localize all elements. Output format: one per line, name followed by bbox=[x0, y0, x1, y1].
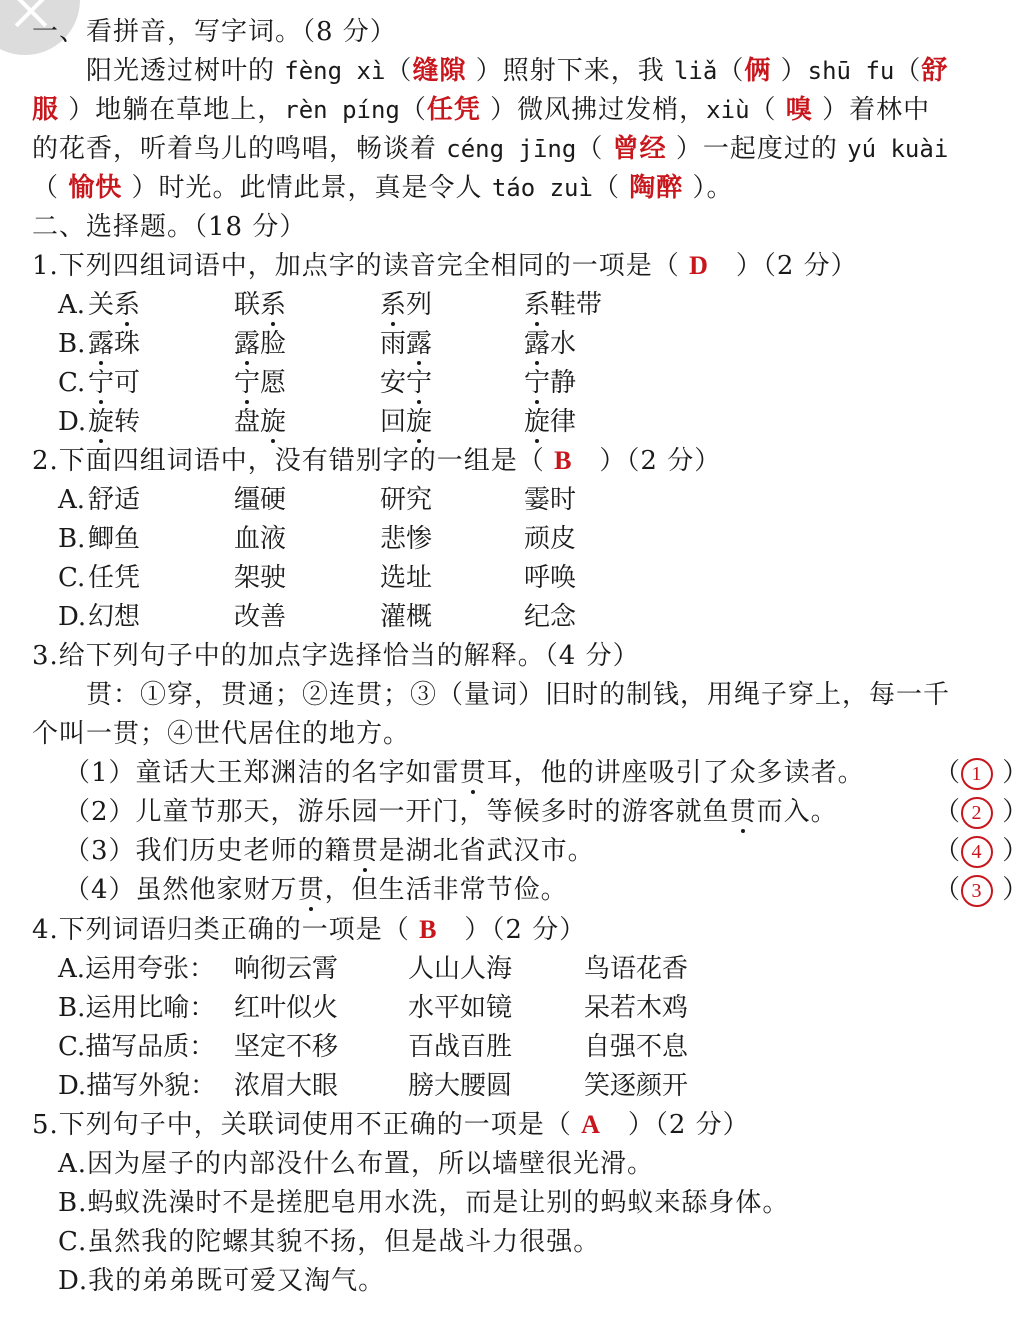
option-label: C. bbox=[58, 367, 85, 399]
text-segment: ） bbox=[771, 56, 807, 86]
option-label: D.描写外貌： bbox=[58, 1070, 216, 1102]
option-word: 露脸 bbox=[234, 328, 286, 360]
circled-answer: 2 bbox=[961, 797, 993, 829]
char: 可 bbox=[114, 368, 140, 398]
option-word: 呼唤 bbox=[524, 562, 576, 594]
q5-stem: 5.下列句子中，关联词使用不正确的一项是（ A ）（2 分） bbox=[32, 1109, 750, 1141]
option-word: 缰硬 bbox=[234, 484, 286, 516]
answer-word: 曾经 bbox=[613, 134, 667, 164]
item-number: （3） bbox=[64, 836, 136, 866]
option-word: 任凭 bbox=[88, 562, 140, 594]
pinyin: rèn píng bbox=[284, 96, 400, 124]
option-word: 呆若木鸡 bbox=[584, 992, 688, 1024]
char: 鞋 bbox=[550, 290, 576, 320]
dotted-char: 露 bbox=[88, 329, 114, 359]
circled-answer: 3 bbox=[961, 875, 993, 907]
char: 带 bbox=[576, 290, 602, 320]
text-segment: （ bbox=[750, 95, 786, 125]
option-label: C.描写品质： bbox=[58, 1031, 215, 1063]
q2-answer: B bbox=[554, 446, 572, 475]
char: 律 bbox=[550, 407, 576, 437]
char: 转 bbox=[114, 407, 140, 437]
option-word: 系列 bbox=[380, 289, 432, 321]
pinyin: liǎ bbox=[674, 57, 717, 85]
char: 脸 bbox=[260, 329, 286, 359]
q1-stem: 1.下列四组词语中，加点字的读音完全相同的一项是（ D ）（2 分） bbox=[32, 250, 858, 282]
q5-points: ）（2 分） bbox=[601, 1110, 750, 1140]
option-word: 鲫鱼 bbox=[88, 523, 140, 555]
q4-stem-text: 4.下列词语归类正确的一项是（ bbox=[32, 915, 419, 945]
paren-open: （ bbox=[934, 758, 961, 788]
option-word: 百战百胜 bbox=[408, 1031, 512, 1063]
paren-close: ） bbox=[993, 875, 1029, 905]
option-label: B. bbox=[58, 328, 85, 360]
item-text: 而入。 bbox=[757, 797, 838, 827]
item-text: 耳，他的讲座吸引了众多读者。 bbox=[487, 758, 865, 788]
option-word: 膀大腰圆 bbox=[408, 1070, 512, 1102]
option-word: 关系 bbox=[88, 289, 140, 321]
answer-word: 陶醉 bbox=[629, 173, 683, 203]
option-word: 宁愿 bbox=[234, 367, 286, 399]
option-word: 悲惨 bbox=[380, 523, 432, 555]
text-segment: ）时光。此情此景，真是令人 bbox=[122, 173, 492, 203]
answer-word: 缝隙 bbox=[412, 56, 466, 86]
paragraph-line: 阳光透过树叶的 fèng xì（缝隙 ）照射下来，我 liǎ（俩 ）shū fu… bbox=[32, 55, 948, 87]
option-label: A. bbox=[58, 484, 85, 516]
pinyin: shū fu bbox=[808, 57, 895, 85]
q5-option: C.虽然我的陀螺其貌不扬，但是战斗力很强。 bbox=[58, 1226, 600, 1258]
paren-open: （ bbox=[934, 836, 961, 866]
dotted-char: 宁 bbox=[406, 368, 432, 398]
q5-option: B.蚂蚁洗澡时不是搓肥皂用水洗，而是让别的蚂蚁来舔身体。 bbox=[58, 1187, 789, 1219]
text-segment: （ bbox=[894, 56, 921, 86]
q5-option: D.我的弟弟既可爱又淘气。 bbox=[58, 1265, 385, 1297]
item-text: 童话大王郑渊洁的名字如雷 bbox=[136, 758, 460, 788]
dotted-char: 宁 bbox=[234, 368, 260, 398]
option-word: 宁可 bbox=[88, 367, 140, 399]
char: 水 bbox=[550, 329, 576, 359]
q3-definition-line2: 个叫一贯；④世代居住的地方。 bbox=[32, 718, 410, 750]
option-word: 纪念 bbox=[524, 601, 576, 633]
option-label: D. bbox=[58, 406, 86, 438]
q4-stem: 4.下列词语归类正确的一项是（ B ）（2 分） bbox=[32, 914, 586, 946]
circled-answer: 1 bbox=[961, 758, 993, 790]
item-number: （4） bbox=[64, 875, 136, 905]
section2-heading: 二、选择题。（18 分） bbox=[32, 211, 306, 243]
text-segment: （ bbox=[385, 56, 412, 86]
answer-word: 愉快 bbox=[68, 173, 122, 203]
q3-item: （1）童话大王郑渊洁的名字如雷贯耳，他的讲座吸引了众多读者。 bbox=[64, 757, 865, 789]
q5-stem-text: 5.下列句子中，关联词使用不正确的一项是（ bbox=[32, 1110, 581, 1140]
q5-answer: A bbox=[581, 1110, 601, 1139]
item-text: 虽然他家财万 bbox=[136, 875, 298, 905]
dotted-char: 贯 bbox=[298, 875, 325, 905]
q3-answer: （2 ） bbox=[934, 796, 1029, 829]
char: 回 bbox=[380, 407, 406, 437]
option-word: 鸟语花香 bbox=[584, 953, 688, 985]
paren-open: （ bbox=[934, 875, 961, 905]
option-word: 露水 bbox=[524, 328, 576, 360]
option-word: 浓眉大眼 bbox=[234, 1070, 338, 1102]
q3-item: （2）儿童节那天，游乐园一开门，等候多时的游客就鱼贯而入。 bbox=[64, 796, 838, 828]
q3-stem: 3.给下列句子中的加点字选择恰当的解释。（4 分） bbox=[32, 640, 640, 672]
option-word: 安宁 bbox=[380, 367, 432, 399]
option-label: A.运用夸张： bbox=[58, 953, 215, 985]
paragraph-line: 的花香，听着鸟儿的鸣唱，畅谈着 céng jīng（ 曾经 ）一起度过的 yú … bbox=[32, 133, 948, 165]
pinyin: fèng xì bbox=[284, 57, 385, 85]
option-word: 血液 bbox=[234, 523, 286, 555]
option-word: 盘旋 bbox=[234, 406, 286, 438]
dotted-char: 系 bbox=[380, 290, 406, 320]
text-segment: （ bbox=[717, 56, 744, 86]
dotted-char: 露 bbox=[234, 329, 260, 359]
pinyin: céng jīng bbox=[446, 135, 576, 163]
option-word: 回旋 bbox=[380, 406, 432, 438]
option-word: 宁静 bbox=[524, 367, 576, 399]
text-segment: （ bbox=[576, 134, 612, 164]
paragraph-line: （ 愉快 ）时光。此情此景，真是令人 táo zuì（ 陶醉 ）。 bbox=[32, 172, 734, 204]
char: 愿 bbox=[260, 368, 286, 398]
option-word: 笑逐颜开 bbox=[584, 1070, 688, 1102]
option-word: 响彻云霄 bbox=[234, 953, 338, 985]
dotted-char: 宁 bbox=[524, 368, 550, 398]
option-word: 改善 bbox=[234, 601, 286, 633]
option-word: 坚定不移 bbox=[234, 1031, 338, 1063]
text-segment: ）着林中 bbox=[813, 95, 930, 125]
text-segment: 阳光透过树叶的 bbox=[32, 56, 284, 86]
option-word: 研究 bbox=[380, 484, 432, 516]
text-segment: ）微风拂过发梢， bbox=[481, 95, 706, 125]
q2-points: ）（2 分） bbox=[572, 446, 721, 476]
pinyin: táo zuì bbox=[492, 174, 593, 202]
option-word: 幻想 bbox=[88, 601, 140, 633]
q4-points: ）（2 分） bbox=[437, 915, 586, 945]
answer-word: 舒 bbox=[921, 56, 948, 86]
dotted-char: 旋 bbox=[406, 407, 432, 437]
paren-close: ） bbox=[993, 836, 1029, 866]
pinyin: yú kuài bbox=[847, 135, 948, 163]
dotted-char: 贯 bbox=[352, 836, 379, 866]
option-word: 红叶似火 bbox=[234, 992, 338, 1024]
option-word: 水平如镜 bbox=[408, 992, 512, 1024]
char: 盘 bbox=[234, 407, 260, 437]
option-word: 露珠 bbox=[88, 328, 140, 360]
char: 雨 bbox=[380, 329, 406, 359]
answer-word: 任凭 bbox=[427, 95, 481, 125]
text-segment: （ bbox=[400, 95, 427, 125]
option-word: 霎时 bbox=[524, 484, 576, 516]
option-label: A. bbox=[58, 289, 85, 321]
q1-stem-text: 1.下列四组词语中，加点字的读音完全相同的一项是（ bbox=[32, 251, 689, 281]
option-word: 联系 bbox=[234, 289, 286, 321]
char: 联 bbox=[234, 290, 260, 320]
item-text: 是湖北省武汉市。 bbox=[379, 836, 595, 866]
char: 珠 bbox=[114, 329, 140, 359]
q3-answer: （1 ） bbox=[934, 757, 1029, 790]
char: 静 bbox=[550, 368, 576, 398]
item-number: （2） bbox=[64, 797, 136, 827]
dotted-char: 露 bbox=[406, 329, 432, 359]
option-label: B.运用比喻： bbox=[58, 992, 215, 1024]
option-word: 系鞋带 bbox=[524, 289, 602, 321]
option-word: 灌概 bbox=[380, 601, 432, 633]
text-segment: 的花香，听着鸟儿的鸣唱，畅谈着 bbox=[32, 134, 446, 164]
char: 安 bbox=[380, 368, 406, 398]
text-segment: （ bbox=[32, 173, 68, 203]
dotted-char: 宁 bbox=[88, 368, 114, 398]
dotted-char: 旋 bbox=[524, 407, 550, 437]
option-word: 自强不息 bbox=[584, 1031, 688, 1063]
q2-stem: 2.下面四组词语中，没有错别字的一组是（ B ）（2 分） bbox=[32, 445, 721, 477]
dotted-char: 系 bbox=[260, 290, 286, 320]
dotted-char: 贯 bbox=[730, 797, 757, 827]
option-label: C. bbox=[58, 562, 85, 594]
item-text: 儿童节那天，游乐园一开门，等候多时的游客就鱼 bbox=[136, 797, 730, 827]
text-segment: ）一起度过的 bbox=[667, 134, 848, 164]
q2-stem-text: 2.下面四组词语中，没有错别字的一组是（ bbox=[32, 446, 554, 476]
item-text: ，但生活非常节俭。 bbox=[325, 875, 568, 905]
q3-item: （3）我们历史老师的籍贯是湖北省武汉市。 bbox=[64, 835, 595, 867]
q3-answer: （4 ） bbox=[934, 835, 1029, 868]
item-number: （1） bbox=[64, 758, 136, 788]
pinyin: xiù bbox=[706, 96, 749, 124]
section1-heading: 一、看拼音，写字词。（8 分） bbox=[32, 16, 397, 48]
q3-definition-line1: 贯：①穿，贯通；②连贯；③（量词）旧时的制钱，用绳子穿上，每一千 bbox=[32, 679, 950, 711]
text-segment: ）。 bbox=[683, 173, 733, 203]
option-word: 顽皮 bbox=[524, 523, 576, 555]
char: 列 bbox=[406, 290, 432, 320]
q4-answer: B bbox=[419, 915, 437, 944]
text-segment: （ bbox=[593, 173, 629, 203]
dotted-char: 旋 bbox=[88, 407, 114, 437]
q3-item: （4）虽然他家财万贯，但生活非常节俭。 bbox=[64, 874, 568, 906]
option-label: D. bbox=[58, 601, 86, 633]
option-word: 架驶 bbox=[234, 562, 286, 594]
answer-word: 俩 bbox=[744, 56, 771, 86]
dotted-char: 旋 bbox=[260, 407, 286, 437]
paragraph-line: 服 ）地躺在草地上，rèn píng（任凭 ）微风拂过发梢，xiù（ 嗅 ）着林… bbox=[32, 94, 930, 126]
circled-answer: 4 bbox=[961, 836, 993, 868]
dotted-char: 贯 bbox=[460, 758, 487, 788]
item-text: 我们历史老师的籍 bbox=[136, 836, 352, 866]
paren-close: ） bbox=[993, 758, 1029, 788]
text-segment: ）地躺在草地上， bbox=[59, 95, 284, 125]
q3-answer: （3 ） bbox=[934, 874, 1029, 907]
option-word: 旋律 bbox=[524, 406, 576, 438]
dotted-char: 露 bbox=[524, 329, 550, 359]
dotted-char: 系 bbox=[114, 290, 140, 320]
option-word: 旋转 bbox=[88, 406, 140, 438]
text-segment: ）照射下来，我 bbox=[466, 56, 674, 86]
paren-close: ） bbox=[993, 797, 1029, 827]
q1-answer: D bbox=[689, 251, 709, 280]
paren-open: （ bbox=[934, 797, 961, 827]
option-label: B. bbox=[58, 523, 85, 555]
char: 关 bbox=[88, 290, 114, 320]
q5-option: A.因为屋子的内部没什么布置，所以墙壁很光滑。 bbox=[58, 1148, 654, 1180]
answer-word: 嗅 bbox=[786, 95, 813, 125]
option-word: 人山人海 bbox=[408, 953, 512, 985]
option-word: 雨露 bbox=[380, 328, 432, 360]
option-word: 舒适 bbox=[88, 484, 140, 516]
dotted-char: 系 bbox=[524, 290, 550, 320]
option-word: 选址 bbox=[380, 562, 432, 594]
answer-word: 服 bbox=[32, 95, 59, 125]
q1-points: ）（2 分） bbox=[709, 251, 858, 281]
